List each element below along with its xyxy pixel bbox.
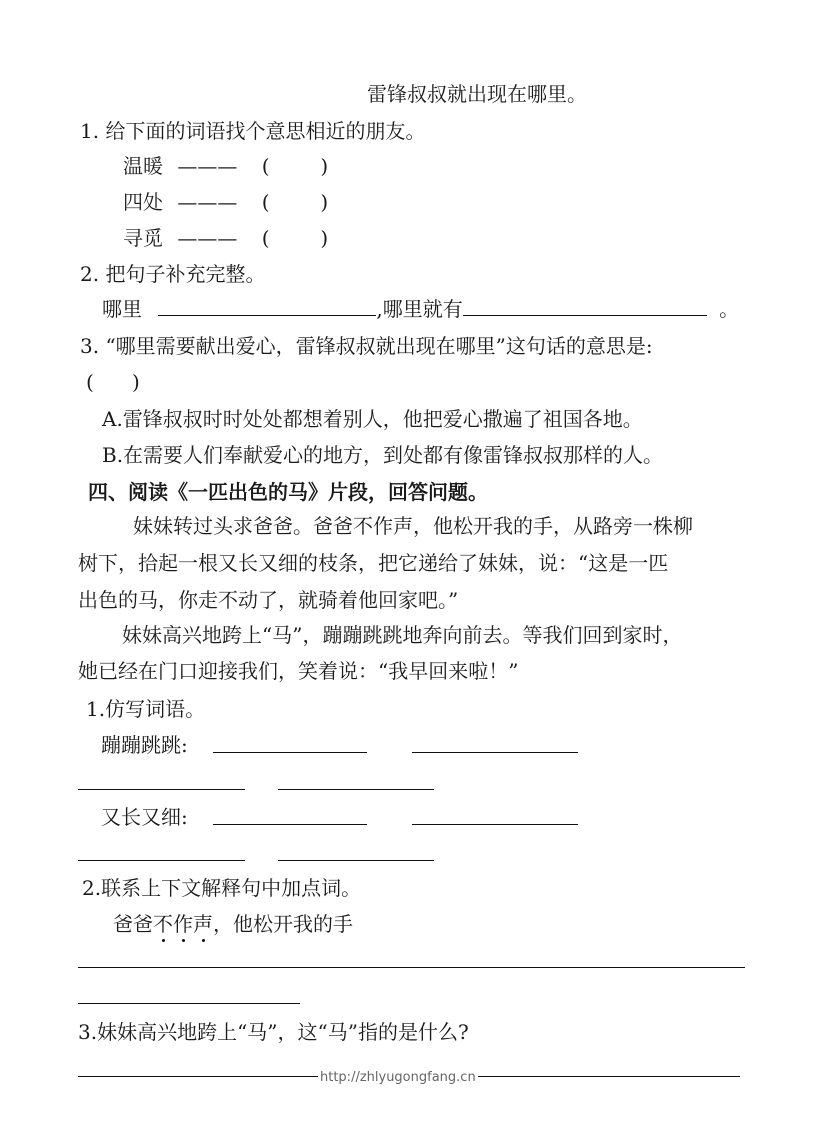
q1-item-1: 温暖 ——— ( ) [123, 154, 328, 178]
sub2-sentence: 爸爸不作声，他松开我的手 [113, 912, 353, 936]
q1-word: 四处 [123, 190, 163, 214]
section-4-heading: 四、阅读《一匹出色的马》片段，回答问题。 [88, 480, 488, 504]
q1-word: 寻觅 [123, 226, 163, 250]
sub2-sentence-pre: 爸爸 [113, 912, 153, 936]
q1-item-3: 寻觅 ——— ( ) [123, 226, 328, 250]
q1-item-2: 四处 ——— ( ) [123, 190, 328, 214]
passage-line: 出色的马，你走不动了，就骑着他回家吧。” [78, 588, 458, 612]
blank-line[interactable] [278, 789, 434, 790]
q3-title: 3. “哪里需要献出爱心，雷锋叔叔就出现在哪里”这句话的意思是: [80, 334, 653, 358]
q2-end: 。 [719, 297, 739, 321]
q3-option-b[interactable]: B.在需要人们奉献爱心的地方，到处都有像雷锋叔叔那样的人。 [102, 443, 663, 467]
q2-sentence: 哪里 ,哪里就有 。 [102, 297, 739, 321]
dotted-char: 不 [153, 912, 173, 936]
sub2-title: 2.联系上下文解释句中加点词。 [82, 876, 361, 900]
q2-title: 2. 把句子补充完整。 [80, 262, 265, 286]
passage-line: 她已经在门口迎接我们，笑着说：“我早回来啦！” [78, 659, 518, 683]
blank-line[interactable] [78, 860, 245, 861]
dotted-char: 作 [173, 912, 193, 936]
dotted-char: 声 [193, 912, 213, 936]
q2-blank-2[interactable] [463, 297, 707, 316]
sub1-label-a: 蹦蹦跳跳: [101, 733, 188, 757]
q1-word: 温暖 [123, 154, 163, 178]
answer-line[interactable] [78, 967, 745, 968]
watermark-url: http://zhlyugongfang.cn [318, 1070, 478, 1085]
sub3-title: 3.妹妹高兴地跨上“马”，这“马”指的是什么? [78, 1020, 469, 1044]
q2-middle: ,哪里就有 [376, 297, 462, 321]
q3-answer-paren[interactable]: ( ) [86, 370, 140, 394]
q1-answer-paren[interactable]: ( ) [262, 190, 328, 214]
blank-line[interactable] [78, 789, 245, 790]
q1-dash: ——— [177, 226, 237, 250]
passage-line: 妹妹转过头求爸爸。爸爸不作声，他松开我的手，从路旁一株柳 [133, 514, 693, 538]
blank-line[interactable] [278, 860, 434, 861]
sub1-title: 1.仿写词语。 [86, 697, 205, 721]
intro-line: 雷锋叔叔就出现在哪里。 [367, 82, 587, 106]
q3-option-a[interactable]: A.雷锋叔叔时时处处都想着别人，他把爱心撒遍了祖国各地。 [102, 407, 643, 431]
blank-line[interactable] [412, 824, 578, 825]
q2-prefix: 哪里 [102, 297, 142, 321]
answer-line[interactable] [78, 1003, 300, 1004]
sub1-label-b: 又长又细: [101, 805, 188, 829]
passage-line: 树下，拾起一根又长又细的枝条，把它递给了妹妹，说：“这是一匹 [78, 551, 668, 575]
sub2-sentence-post: ，他松开我的手 [213, 912, 353, 936]
q1-answer-paren[interactable]: ( ) [262, 226, 328, 250]
q1-dash: ——— [177, 154, 237, 178]
blank-line[interactable] [213, 752, 367, 753]
blank-line[interactable] [412, 752, 578, 753]
q1-title: 1. 给下面的词语找个意思相近的朋友。 [80, 119, 425, 143]
q2-blank-1[interactable] [158, 297, 376, 316]
q1-answer-paren[interactable]: ( ) [262, 154, 328, 178]
passage-line: 妹妹高兴地跨上“马”，蹦蹦跳跳地奔向前去。等我们回到家时， [122, 623, 682, 647]
q1-dash: ——— [177, 190, 237, 214]
blank-line[interactable] [213, 824, 367, 825]
